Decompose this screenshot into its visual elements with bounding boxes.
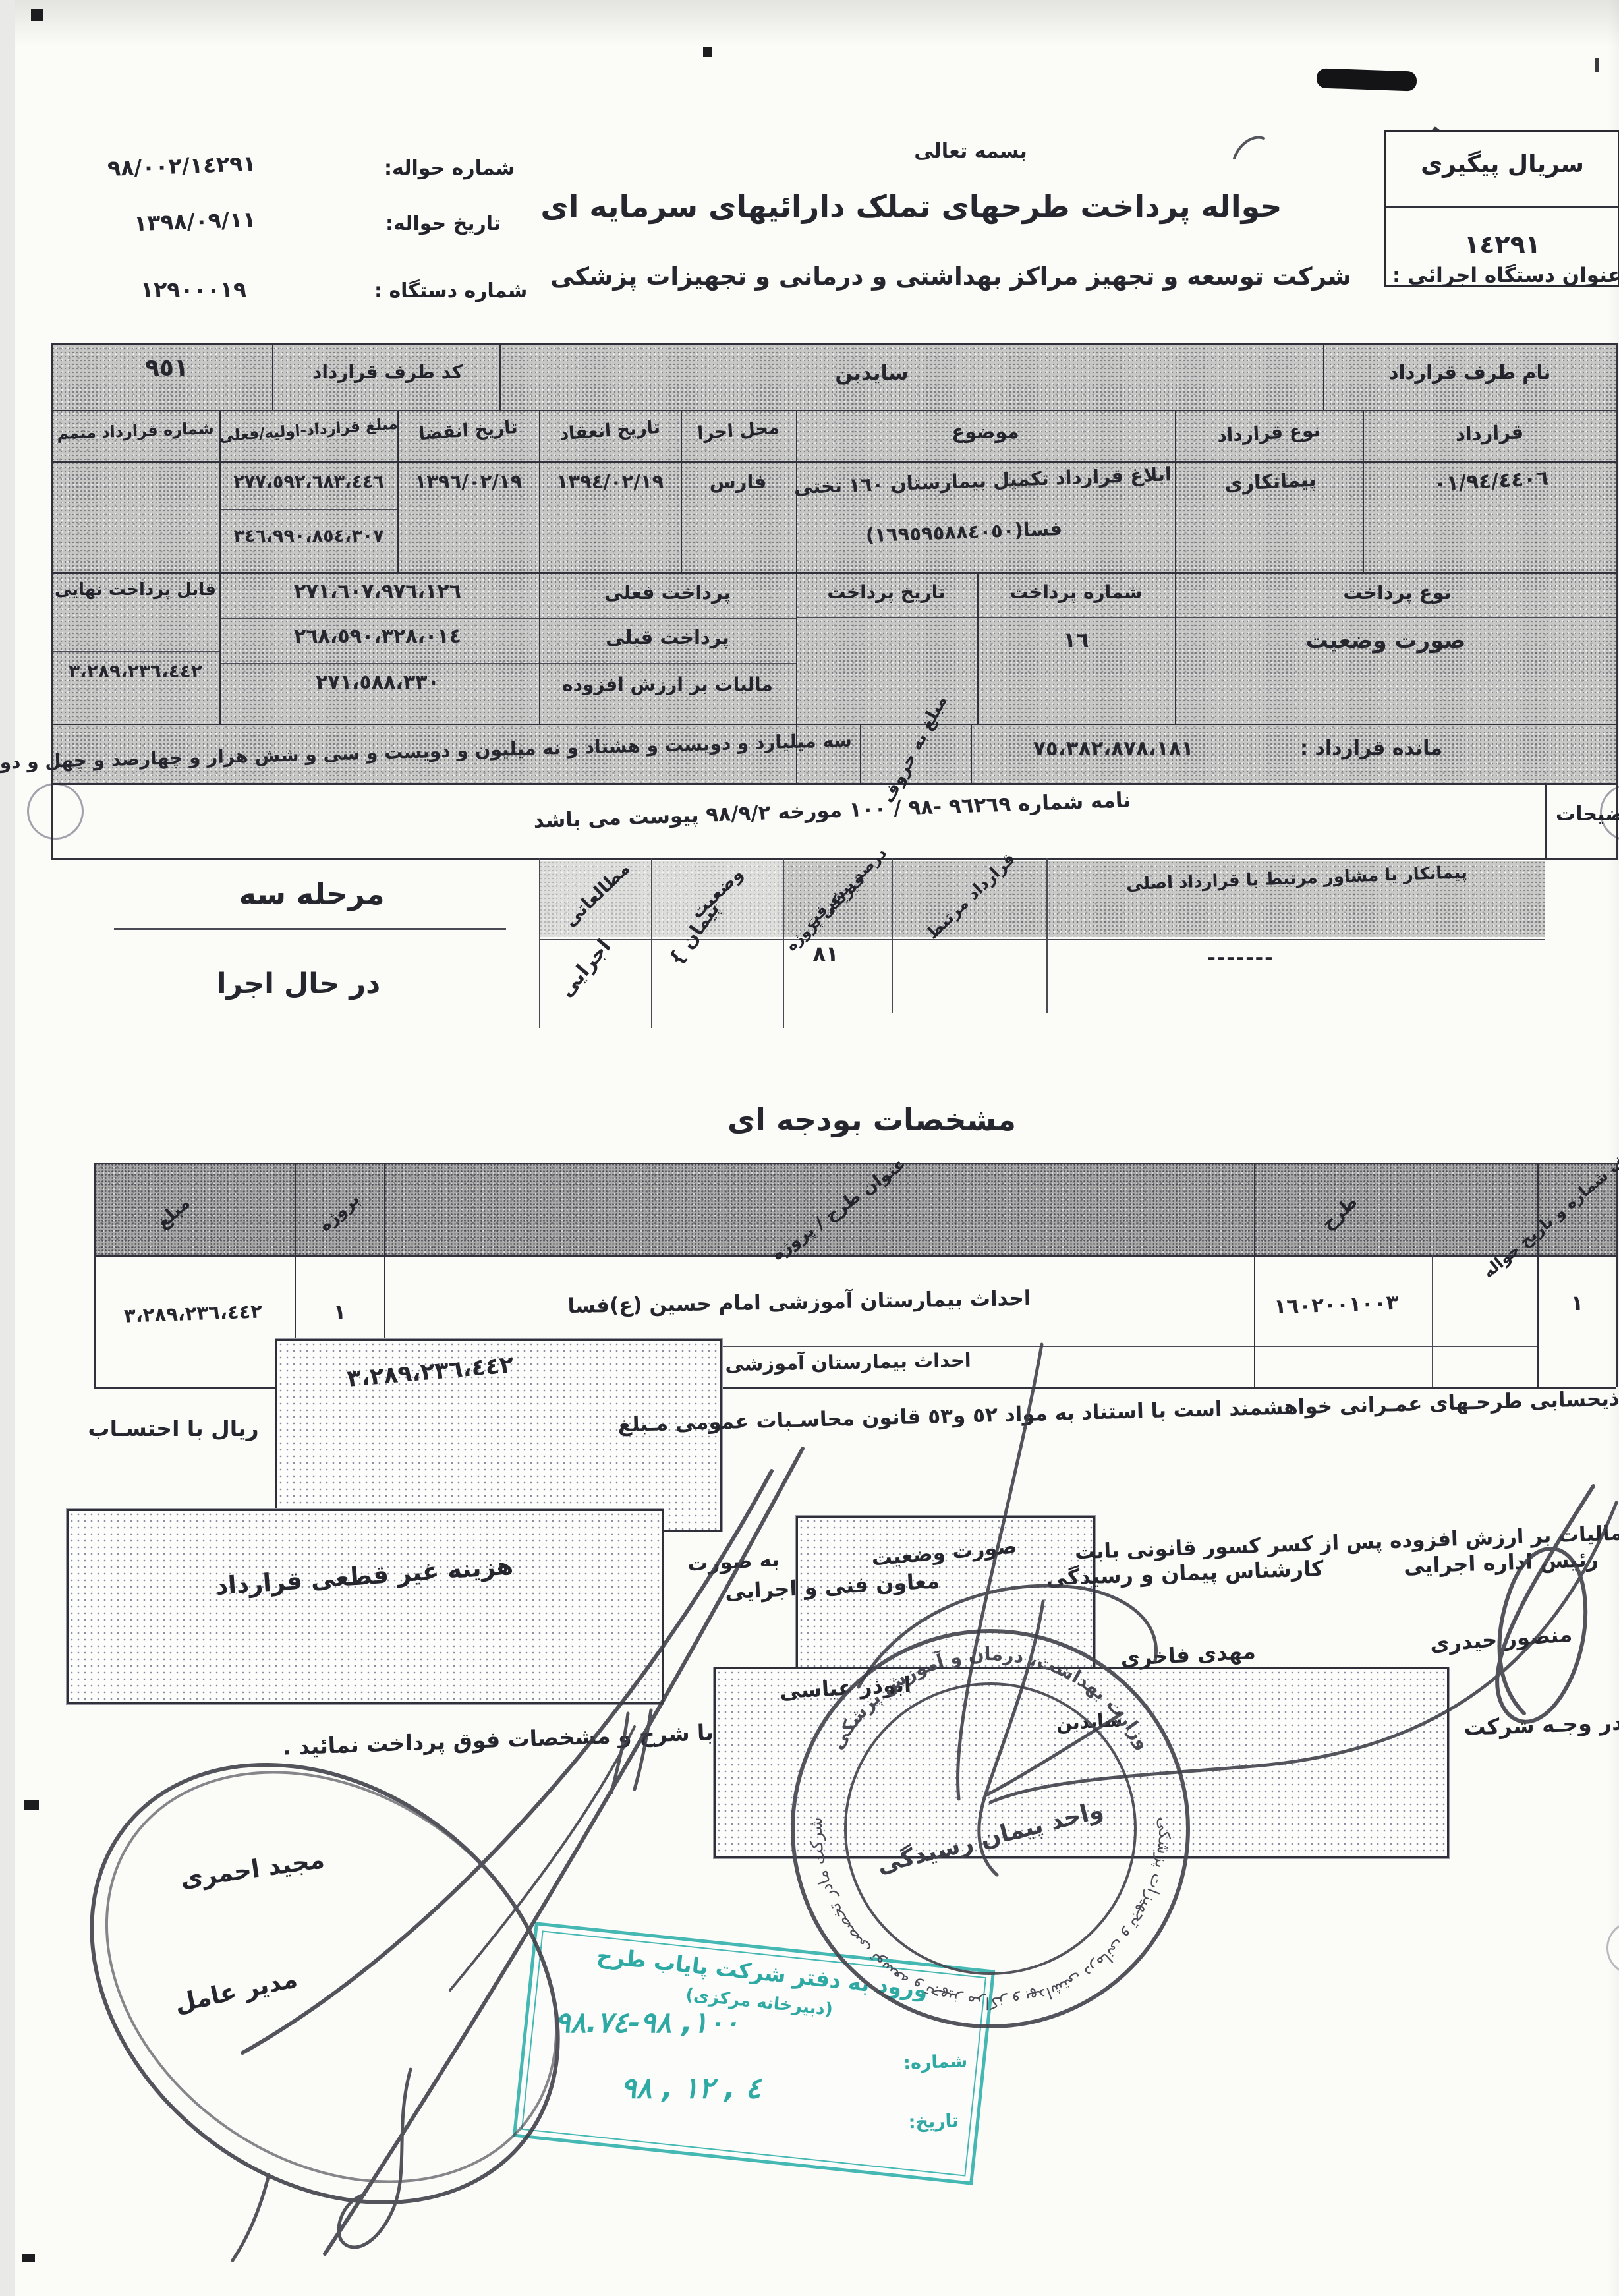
final-payable-label: قابل پرداخت نهایی xyxy=(36,580,204,600)
sign-name-4: مجید احمری xyxy=(157,1845,318,1895)
table-line xyxy=(204,618,781,619)
amount-current-value: ٣٤٦،٩٩٠،٨٥٤،٣٠٧ xyxy=(203,526,384,546)
table-line xyxy=(36,410,1603,411)
budget-title-line1: احداث بیمارستان آموزشی امام حسین (ع)فسا xyxy=(514,1286,1055,1319)
sign-date-value: ١٣٩٤/٠٢/١٩ xyxy=(525,471,665,493)
instruction-line3a: در وجـه شرکت xyxy=(1436,1709,1608,1740)
sign-role-4: مدیر عامل xyxy=(154,1964,289,2019)
entry-stamp-no-value: ١٠٠, ٩٨-٩٨.٧٤ xyxy=(540,2006,724,2040)
table-line xyxy=(204,663,781,664)
table-line xyxy=(36,724,1603,725)
vat-value: ٢٧١،٥٨٨،٣٣٠ xyxy=(211,671,514,694)
table-line xyxy=(1417,1255,1418,1387)
table-line xyxy=(79,1255,1601,1257)
subject-col-label: موضوع xyxy=(781,420,1160,443)
table-line xyxy=(1601,1163,1603,1387)
table-line xyxy=(99,928,491,930)
scan-artifact-dot xyxy=(9,1800,24,1810)
payment-no-value: ١٦ xyxy=(963,627,1158,652)
instruction-line1b: ریال با احتسـاب xyxy=(59,1416,257,1441)
table-line xyxy=(257,343,258,410)
table-line xyxy=(524,572,525,724)
remarks-label: توضیحات xyxy=(1541,803,1619,826)
entry-stamp-date-value: ٤ , ١٢ , ٩٨ xyxy=(606,2071,746,2105)
final-payable-value: ٣،٢٨٩،٢٣٦،٤٤٢ xyxy=(33,660,208,682)
ref-no-value: ٩٨/٠٠٢/١٤٢٩١ xyxy=(92,150,241,181)
signature-stroke xyxy=(324,2069,395,2247)
agency-label: عنوان دستگاه اجرائی : xyxy=(1363,264,1606,287)
payment-type-value: صورت وضعیت xyxy=(1186,627,1555,654)
table-line xyxy=(1239,1163,1240,1387)
payment-current-value: ٢٧١،٦٠٧،٩٧٦،١٢٦ xyxy=(211,580,514,603)
payment-current-label: پرداخت فعلی xyxy=(527,581,778,604)
table-line xyxy=(524,858,525,1028)
table-line xyxy=(36,783,1603,785)
table-line xyxy=(204,572,206,724)
scanned-document-page: سریال پیگیری ١٤٢٩١ بسمه تعالی حواله پردا… xyxy=(0,0,1619,2296)
budget-plan-code: ١٦٠٢٠٠١٠٠٣ xyxy=(1225,1290,1417,1320)
instruction-line1a: ذیحسابی طرحـهای عمـرانی خواهشمند است با … xyxy=(715,1387,1605,1433)
table-line xyxy=(1522,1163,1523,1387)
party-name-value: سایدبن xyxy=(725,361,988,385)
table-line xyxy=(36,572,1603,574)
consultant-value: ------- xyxy=(1147,946,1305,969)
entry-stamp: ورود به دفتر شرکت پایاب طرح (دبیرخانه مر… xyxy=(497,1922,980,2185)
table-line xyxy=(79,1163,80,1387)
party-code-value: ٩٥١ xyxy=(99,355,204,382)
bismillah: بسمه تعالی xyxy=(876,140,1035,163)
table-line xyxy=(876,858,878,1013)
payment-date-label: تاریخ پرداخت xyxy=(782,581,960,603)
table-line xyxy=(845,724,846,783)
remaining-label: مانده قرارداد : xyxy=(1285,737,1427,760)
party-name-label: نام طرف قرارداد xyxy=(1308,361,1601,384)
payment-no-label: شماره پرداخت xyxy=(963,581,1158,603)
table-line xyxy=(955,724,957,783)
expiry-date-value: ١٣٩٦/٠٢/١٩ xyxy=(383,471,523,493)
ref-date-label: تاریخ حواله: xyxy=(370,212,486,235)
table-line xyxy=(1601,343,1603,858)
scan-artifact-bar xyxy=(1301,68,1402,91)
budget-section-title: مشخصات بودجه ای xyxy=(672,1102,1041,1137)
location-value: فارس xyxy=(667,471,779,493)
serial-value: ١٤٢٩١ xyxy=(1371,230,1603,259)
table-line xyxy=(1031,858,1033,1013)
table-line xyxy=(36,343,1603,345)
amount-initial-value: ٢٧٧،٥٩٢،٦٨٣،٤٤٦ xyxy=(203,472,384,492)
table-line xyxy=(204,509,382,510)
table-line xyxy=(79,1163,1601,1164)
stage-value: در حال اجرا xyxy=(119,967,448,1000)
budget-project-no: ١ xyxy=(290,1300,359,1325)
scan-edge-hole xyxy=(1591,1921,1619,1975)
contract-table-bg xyxy=(36,343,1603,783)
table-line xyxy=(484,343,486,410)
signature-stroke xyxy=(217,2175,254,2260)
table-line xyxy=(1530,783,1531,858)
table-line xyxy=(781,617,1603,618)
budget-amount: ٣،٢٨٩،٢٣٦،٤٤٢ xyxy=(85,1299,270,1328)
scan-artifact-dot xyxy=(688,47,697,57)
page-title: حواله پرداخت طرحهای تملک دارائیهای سرمای… xyxy=(514,188,1278,224)
vat-label: مالیات بر ارزش افزوده xyxy=(524,674,781,695)
table-line xyxy=(36,343,38,858)
remaining-value: ٧٥،٣٨٢،٨٧٨،١٨١ xyxy=(1018,737,1178,761)
ref-date-value: ١٣٩٨/٠٩/١١ xyxy=(118,206,241,236)
payment-previous-label: پرداخت قبلی xyxy=(527,626,778,648)
serial-divider xyxy=(1371,206,1603,208)
instruction-line2b: به صورت xyxy=(658,1547,778,1576)
payment-type-label: نوع پرداخت xyxy=(1163,581,1601,604)
table-line xyxy=(36,651,204,652)
device-no-value: ١٢٩٠٠٠١٩ xyxy=(125,277,231,302)
party-code-label: کد طرف قرارداد xyxy=(264,361,481,383)
device-no-label: شماره دستگاه : xyxy=(359,279,512,302)
instruction-line3b: با شرح و مشخصات فوق پرداخت نمائید . xyxy=(277,1719,699,1760)
table-line xyxy=(36,461,1603,463)
scan-artifact-dot xyxy=(7,2254,20,2262)
entry-stamp-date-label: تاریخ: xyxy=(893,2111,944,2133)
remarks-text: نامه شماره ٩٦٢٦٩ -٩٨ / ١٠٠ مورخه ٩٨/٩/٢ … xyxy=(428,785,1207,836)
budget-row-no: ١ xyxy=(1527,1290,1597,1315)
agency-name: شرکت توسعه و تجهیز مراکز بهداشتی و درمان… xyxy=(527,262,1344,291)
scan-artifact-dot xyxy=(16,9,28,21)
signature-stroke xyxy=(1219,138,1249,158)
progress-value: ٨١ xyxy=(778,941,843,966)
punch-hole-left xyxy=(12,783,69,840)
sign-name-1: منصور حیدری xyxy=(1396,1621,1576,1658)
expense-highlight-box xyxy=(51,1509,648,1704)
ref-no-label: شماره حواله: xyxy=(369,157,499,180)
entry-stamp-no-label: شماره: xyxy=(888,2051,953,2073)
payment-previous-value: ٢٦٨،٥٩٠،٣٢٨،٠١٤ xyxy=(211,625,514,648)
table-line xyxy=(36,858,1603,860)
table-line xyxy=(1160,572,1161,724)
serial-label: سریال پیگیری xyxy=(1371,151,1603,178)
signature-stroke xyxy=(1482,1486,1578,1722)
scan-artifact-dot xyxy=(1580,58,1584,72)
stage-title: مرحله سه xyxy=(132,876,461,911)
table-line xyxy=(636,858,637,1028)
